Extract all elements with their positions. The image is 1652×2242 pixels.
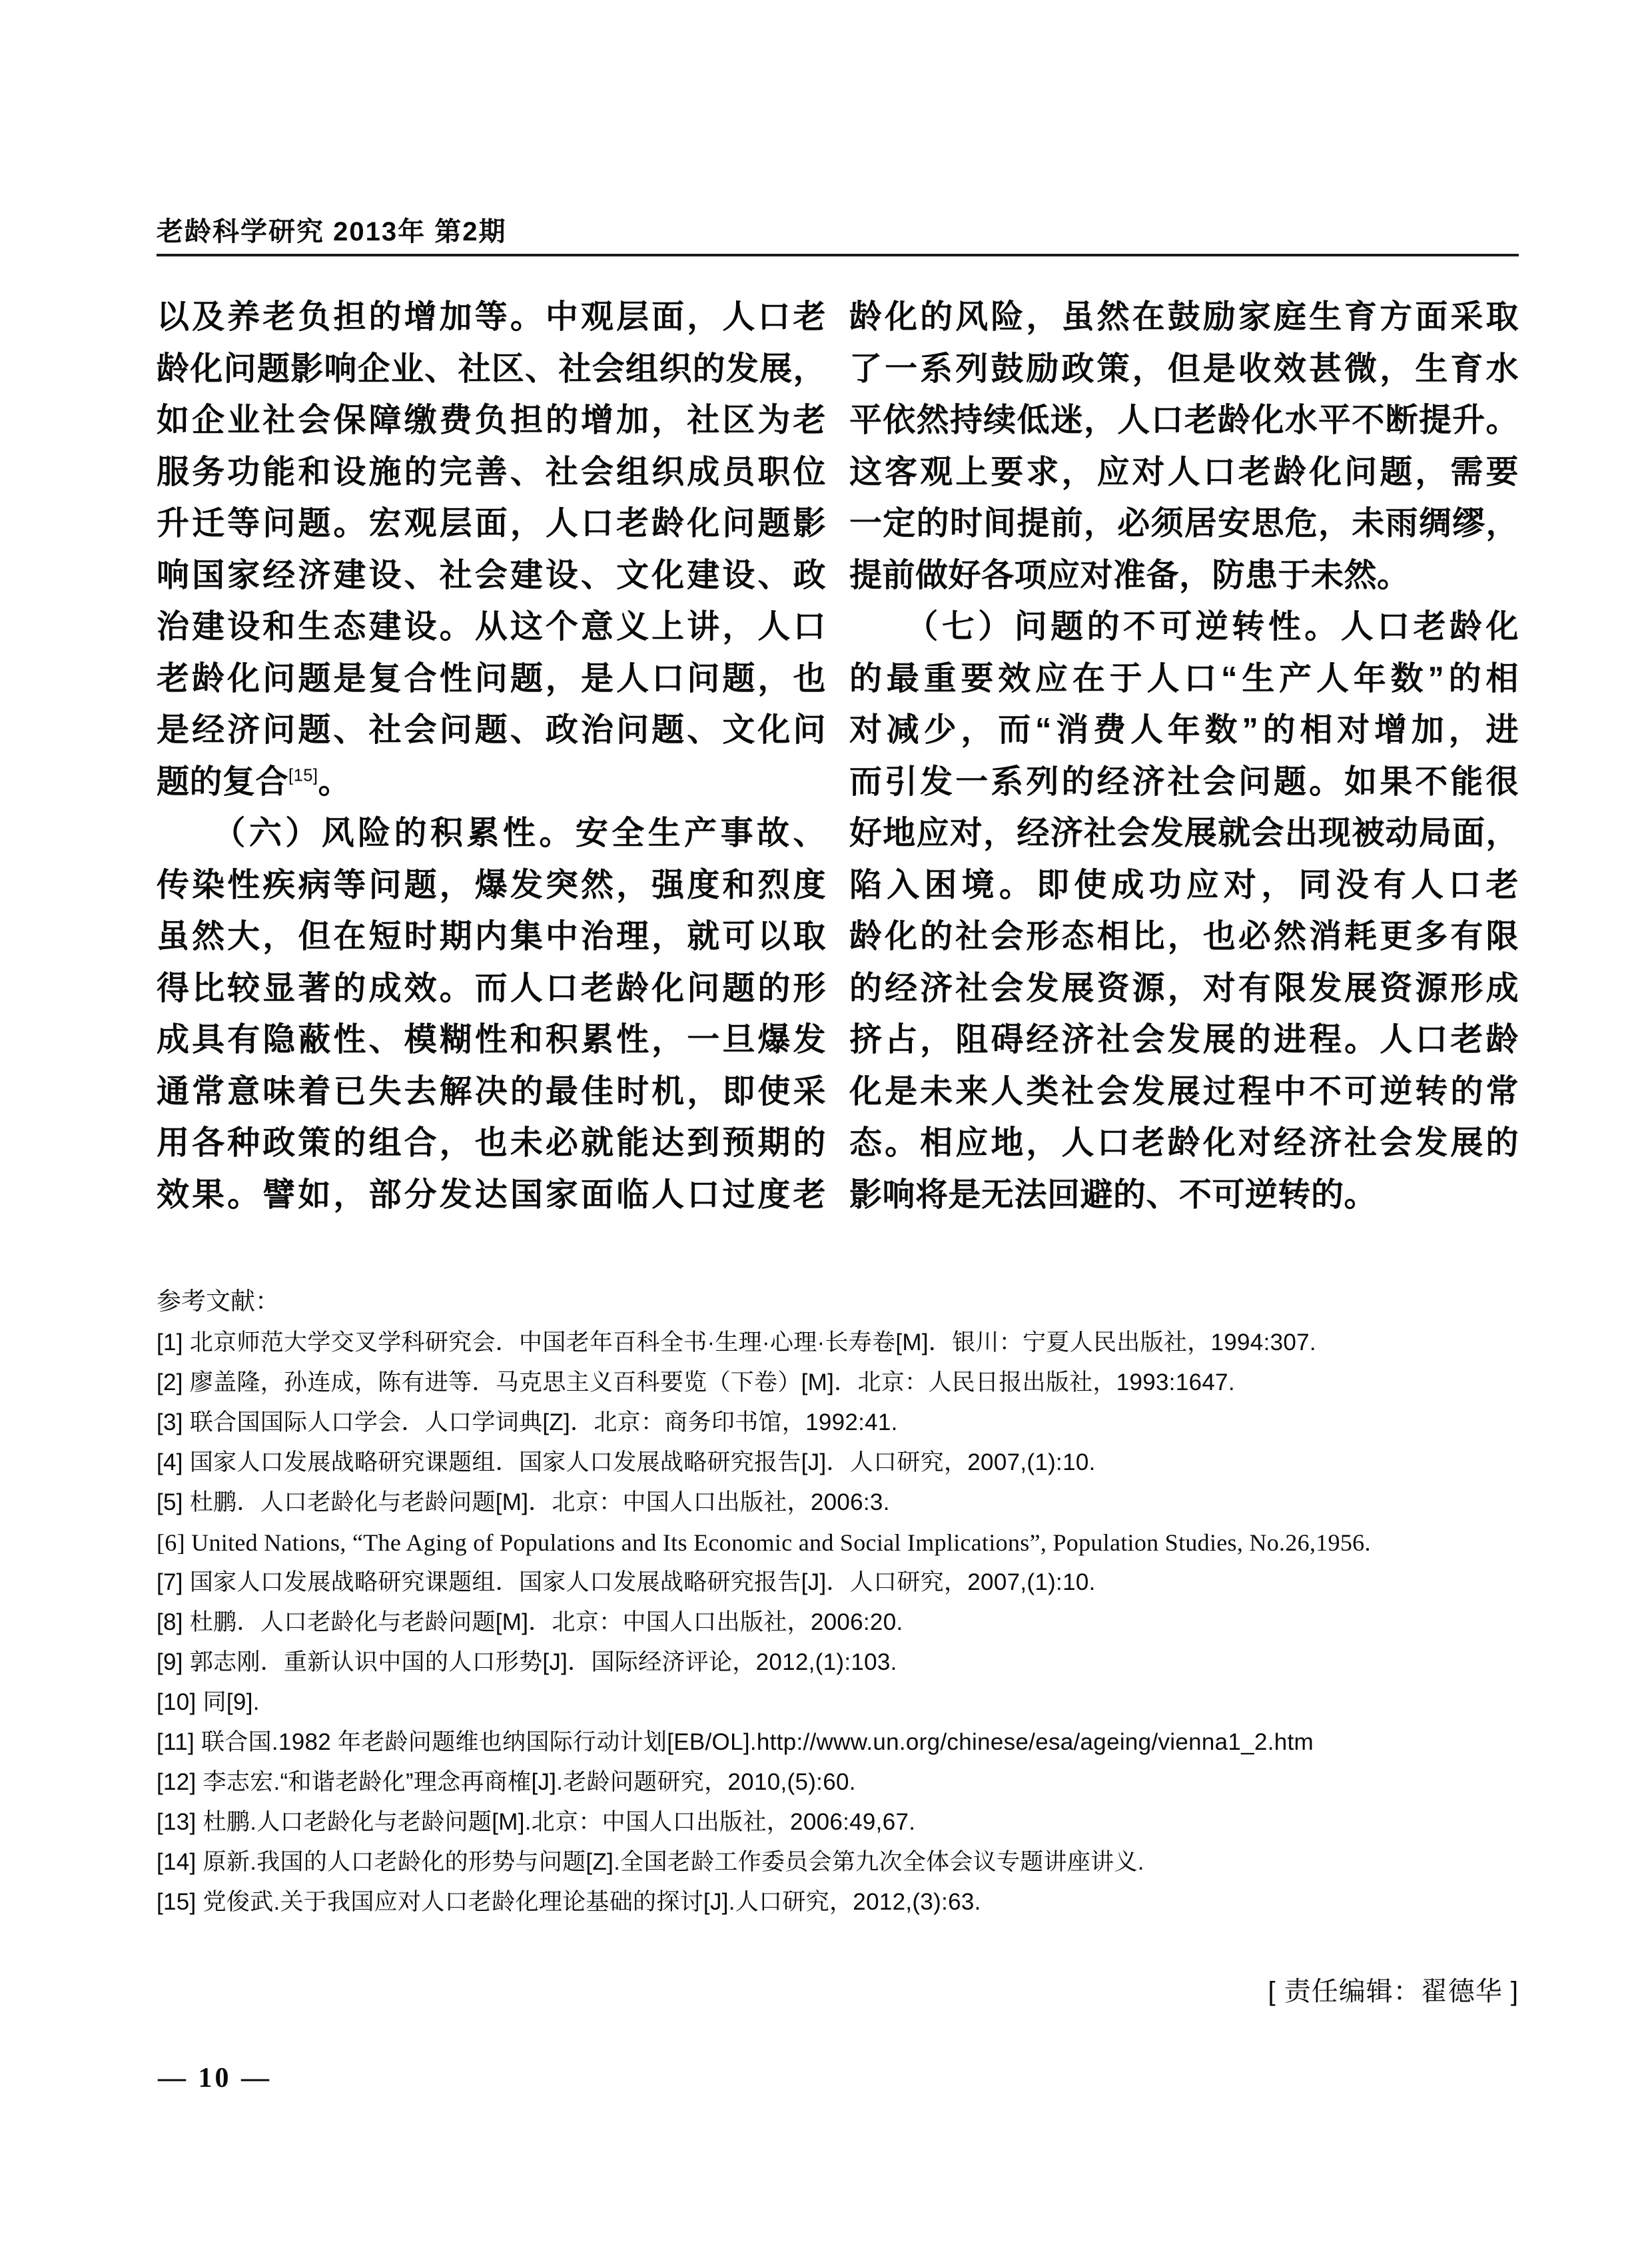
body-text-line: 提前做好各项应对准备，防患于未然。	[849, 550, 1519, 602]
body-column-right: 龄化的风险，虽然在鼓励家庭生育方面采取 了一系列鼓励政策，但是收效甚微，生育水 …	[849, 292, 1519, 1221]
reference-item: [14] 原新.我国的人口老龄化的形势与问题[Z].全国老龄工作委员会第九次全体…	[157, 1842, 1589, 1882]
body-text-line: 服务功能和设施的完善、社会组织成员职位	[157, 447, 826, 499]
line-text: 的经济社会发展资源，对有限发展资源形成	[849, 970, 1519, 1006]
page-number: — 10 —	[158, 2062, 272, 2094]
line-text: 影响将是无法回避的、不可逆转的。	[849, 1177, 1377, 1213]
line-text: 是经济问题、社会问题、政治问题、文化问	[157, 712, 826, 748]
journal-page: 老龄科学研究 2013年 第2期 以及养老负担的增加等。中观层面，人口老 龄化问…	[0, 0, 1652, 2242]
reference-text: [2] 廖盖隆，孙连成，陈有进等．马克思主义百科要览（下卷）[M]．北京：人民日…	[157, 1369, 1235, 1395]
body-text-line: 一定的时间提前，必须居安思危，未雨绸缪，	[849, 498, 1519, 550]
body-text-line: 是经济问题、社会问题、政治问题、文化问	[157, 705, 826, 757]
line-text: 而引发一系列的经济社会问题。如果不能很	[849, 764, 1519, 800]
line-text: 治建设和生态建设。从这个意义上讲，人口	[157, 609, 826, 645]
line-text: 题的复合	[157, 764, 288, 800]
line-text: 以及养老负担的增加等。中观层面，人口老	[157, 299, 826, 335]
body-text-line: 升迁等问题。宏观层面，人口老龄化问题影	[157, 498, 826, 550]
body-column-left: 以及养老负担的增加等。中观层面，人口老 龄化问题影响企业、社区、社会组织的发展，…	[157, 292, 826, 1221]
reference-text: [15] 党俊武.关于我国应对人口老龄化理论基础的探讨[J].人口研究，2012…	[157, 1889, 981, 1915]
body-text-line: 这客观上要求，应对人口老龄化问题，需要	[849, 447, 1519, 499]
body-text-line: 挤占，阻碍经济社会发展的进程。人口老龄	[849, 1014, 1519, 1066]
body-text-line: 效果。譬如，部分发达国家面临人口过度老	[157, 1170, 826, 1222]
references-heading: 参考文献：	[157, 1280, 1589, 1323]
line-text: 效果。譬如，部分发达国家面临人口过度老	[157, 1177, 826, 1213]
reference-text: [1] 北京师范大学交叉学科研究会．中国老年百科全书·生理·心理·长寿卷[M]．…	[157, 1329, 1316, 1355]
line-text: 平依然持续低迷，人口老龄化水平不断提升。	[849, 402, 1519, 438]
body-text-line: 用各种政策的组合，也未必就能达到预期的	[157, 1118, 826, 1170]
body-text-line: 龄化的风险，虽然在鼓励家庭生育方面采取	[849, 292, 1519, 344]
body-text-line: 了一系列鼓励政策，但是收效甚微，生育水	[849, 344, 1519, 396]
body-text-line: 传染性疾病等问题，爆发突然，强度和烈度	[157, 860, 826, 912]
body-text-line: 成具有隐蔽性、模糊性和积累性，一旦爆发	[157, 1014, 826, 1066]
line-text: 得比较显著的成效。而人口老龄化问题的形	[157, 970, 826, 1006]
body-text-line: 如企业社会保障缴费负担的增加，社区为老	[157, 395, 826, 447]
reference-item: [2] 廖盖隆，孙连成，陈有进等．马克思主义百科要览（下卷）[M]．北京：人民日…	[157, 1363, 1589, 1403]
body-text-line: 化是未来人类社会发展过程中不可逆转的常	[849, 1066, 1519, 1118]
body-text-line: 治建设和生态建设。从这个意义上讲，人口	[157, 601, 826, 653]
line-text: （六）风险的积累性。安全生产事故、	[157, 815, 826, 851]
citation-superscript: [15]	[288, 766, 318, 785]
line-text: 提前做好各项应对准备，防患于未然。	[849, 558, 1410, 593]
line-text: 的最重要效应在于人口“生产人年数”的相	[849, 661, 1519, 697]
reference-item: [10] 同[9].	[157, 1682, 1589, 1722]
reference-item: [13] 杜鹏.人口老龄化与老龄问题[M].北京：中国人口出版社，2006:49…	[157, 1802, 1589, 1842]
body-text-line: 好地应对，经济社会发展就会出现被动局面，	[849, 808, 1519, 860]
line-text: 好地应对，经济社会发展就会出现被动局面，	[849, 815, 1519, 851]
reference-item: [7] 国家人口发展战略研究课题组．国家人口发展战略研究报告[J]．人口研究，2…	[157, 1563, 1589, 1603]
reference-text: [5] 杜鹏．人口老龄化与老龄问题[M]．北京：中国人口出版社，2006:3.	[157, 1489, 890, 1515]
reference-text: [11] 联合国.1982 年老龄问题维也纳国际行动计划[EB/OL].http…	[157, 1729, 1314, 1755]
reference-item: [15] 党俊武.关于我国应对人口老龄化理论基础的探讨[J].人口研究，2012…	[157, 1882, 1589, 1922]
reference-item: [1] 北京师范大学交叉学科研究会．中国老年百科全书·生理·心理·长寿卷[M]．…	[157, 1323, 1589, 1363]
reference-text: [7] 国家人口发展战略研究课题组．国家人口发展战略研究报告[J]．人口研究，2…	[157, 1569, 1096, 1595]
line-text: 龄化的风险，虽然在鼓励家庭生育方面采取	[849, 299, 1519, 335]
body-text-line: 陷入困境。即使成功应对，同没有人口老	[849, 860, 1519, 912]
body-text-line: 的经济社会发展资源，对有限发展资源形成	[849, 963, 1519, 1015]
line-text: 化是未来人类社会发展过程中不可逆转的常	[849, 1074, 1519, 1110]
body-text-line: 而引发一系列的经济社会问题。如果不能很	[849, 757, 1519, 809]
line-text: 通常意味着已失去解决的最佳时机，即使采	[157, 1074, 826, 1110]
reference-text: [6] United Nations, “The Aging of Popula…	[157, 1529, 1371, 1556]
references-section: 参考文献： [1] 北京师范大学交叉学科研究会．中国老年百科全书·生理·心理·长…	[157, 1280, 1589, 1922]
body-text-line: 影响将是无法回避的、不可逆转的。	[849, 1170, 1519, 1222]
body-text-line: 对减少，而“消费人年数”的相对增加，进	[849, 705, 1519, 757]
reference-item: [3] 联合国国际人口学会．人口学词典[Z]．北京：商务印书馆，1992:41.	[157, 1403, 1589, 1443]
line-text: 龄化的社会形态相比，也必然消耗更多有限	[849, 919, 1519, 954]
article-body: 以及养老负担的增加等。中观层面，人口老 龄化问题影响企业、社区、社会组织的发展，…	[157, 292, 1519, 1221]
line-text: 响国家经济建设、社会建设、文化建设、政	[157, 558, 826, 593]
line-text: 老龄化问题是复合性问题，是人口问题，也	[157, 661, 826, 697]
body-text-line: 虽然大，但在短时期内集中治理，就可以取	[157, 911, 826, 963]
line-text: 用各种政策的组合，也未必就能达到预期的	[157, 1125, 826, 1161]
editor-note: [ 责任编辑：翟德华 ]	[157, 1970, 1519, 2008]
body-text-line: 态。相应地，人口老龄化对经济社会发展的	[849, 1118, 1519, 1170]
reference-text: [3] 联合国国际人口学会．人口学词典[Z]．北京：商务印书馆，1992:41.	[157, 1409, 898, 1435]
journal-header: 老龄科学研究 2013年 第2期	[157, 210, 506, 248]
reference-item: [5] 杜鹏．人口老龄化与老龄问题[M]．北京：中国人口出版社，2006:3.	[157, 1483, 1589, 1523]
reference-item: [6] United Nations, “The Aging of Popula…	[157, 1523, 1589, 1563]
reference-text: [8] 杜鹏．人口老龄化与老龄问题[M]．北京：中国人口出版社，2006:20.	[157, 1609, 903, 1635]
reference-item: [11] 联合国.1982 年老龄问题维也纳国际行动计划[EB/OL].http…	[157, 1722, 1589, 1762]
body-text-line: 通常意味着已失去解决的最佳时机，即使采	[157, 1066, 826, 1118]
line-text: 龄化问题影响企业、社区、社会组织的发展，	[157, 351, 826, 387]
body-text-line: 响国家经济建设、社会建设、文化建设、政	[157, 550, 826, 602]
line-text: 服务功能和设施的完善、社会组织成员职位	[157, 454, 826, 490]
line-text: 这客观上要求，应对人口老龄化问题，需要	[849, 454, 1519, 490]
reference-item: [12] 李志宏.“和谐老龄化”理念再商榷[J].老龄问题研究，2010,(5)…	[157, 1762, 1589, 1802]
body-text-line: 得比较显著的成效。而人口老龄化问题的形	[157, 963, 826, 1015]
line-text: 升迁等问题。宏观层面，人口老龄化问题影	[157, 506, 826, 542]
body-text-line: 以及养老负担的增加等。中观层面，人口老	[157, 292, 826, 344]
reference-text: [14] 原新.我国的人口老龄化的形势与问题[Z].全国老龄工作委员会第九次全体…	[157, 1849, 1144, 1875]
line-text: 挤占，阻碍经济社会发展的进程。人口老龄	[849, 1022, 1519, 1058]
body-text-line: 老龄化问题是复合性问题，是人口问题，也	[157, 653, 826, 705]
body-text-line: 龄化的社会形态相比，也必然消耗更多有限	[849, 911, 1519, 963]
reference-item: [9] 郭志刚．重新认识中国的人口形势[J]．国际经济评论，2012,(1):1…	[157, 1643, 1589, 1682]
line-text: 一定的时间提前，必须居安思危，未雨绸缪，	[849, 506, 1519, 542]
line-text: 如企业社会保障缴费负担的增加，社区为老	[157, 402, 826, 438]
line-text: 虽然大，但在短时期内集中治理，就可以取	[157, 919, 826, 954]
reference-item: [8] 杜鹏．人口老龄化与老龄问题[M]．北京：中国人口出版社，2006:20.	[157, 1603, 1589, 1643]
line-text: 传染性疾病等问题，爆发突然，强度和烈度	[157, 867, 826, 903]
line-text-after: 。	[318, 764, 352, 800]
reference-item: [4] 国家人口发展战略研究课题组．国家人口发展战略研究报告[J]．人口研究，2…	[157, 1443, 1589, 1483]
body-text-line: （七）问题的不可逆转性。人口老龄化	[849, 601, 1519, 653]
header-rule	[157, 254, 1519, 256]
line-text: （七）问题的不可逆转性。人口老龄化	[849, 609, 1519, 645]
body-text-line: 题的复合[15]。	[157, 757, 826, 809]
reference-text: [10] 同[9].	[157, 1689, 260, 1715]
references-list: [1] 北京师范大学交叉学科研究会．中国老年百科全书·生理·心理·长寿卷[M]．…	[157, 1323, 1589, 1922]
body-text-line: 平依然持续低迷，人口老龄化水平不断提升。	[849, 395, 1519, 447]
line-text: 成具有隐蔽性、模糊性和积累性，一旦爆发	[157, 1022, 826, 1058]
line-text: 了一系列鼓励政策，但是收效甚微，生育水	[849, 351, 1519, 387]
reference-text: [9] 郭志刚．重新认识中国的人口形势[J]．国际经济评论，2012,(1):1…	[157, 1649, 897, 1675]
line-text: 陷入困境。即使成功应对，同没有人口老	[849, 867, 1519, 903]
line-text: 对减少，而“消费人年数”的相对增加，进	[849, 712, 1519, 748]
reference-text: [13] 杜鹏.人口老龄化与老龄问题[M].北京：中国人口出版社，2006:49…	[157, 1809, 915, 1835]
body-text-line: 龄化问题影响企业、社区、社会组织的发展，	[157, 344, 826, 396]
line-text: 态。相应地，人口老龄化对经济社会发展的	[849, 1125, 1519, 1161]
reference-text: [12] 李志宏.“和谐老龄化”理念再商榷[J].老龄问题研究，2010,(5)…	[157, 1769, 856, 1795]
body-text-line: （六）风险的积累性。安全生产事故、	[157, 808, 826, 860]
body-text-line: 的最重要效应在于人口“生产人年数”的相	[849, 653, 1519, 705]
reference-text: [4] 国家人口发展战略研究课题组．国家人口发展战略研究报告[J]．人口研究，2…	[157, 1449, 1096, 1475]
